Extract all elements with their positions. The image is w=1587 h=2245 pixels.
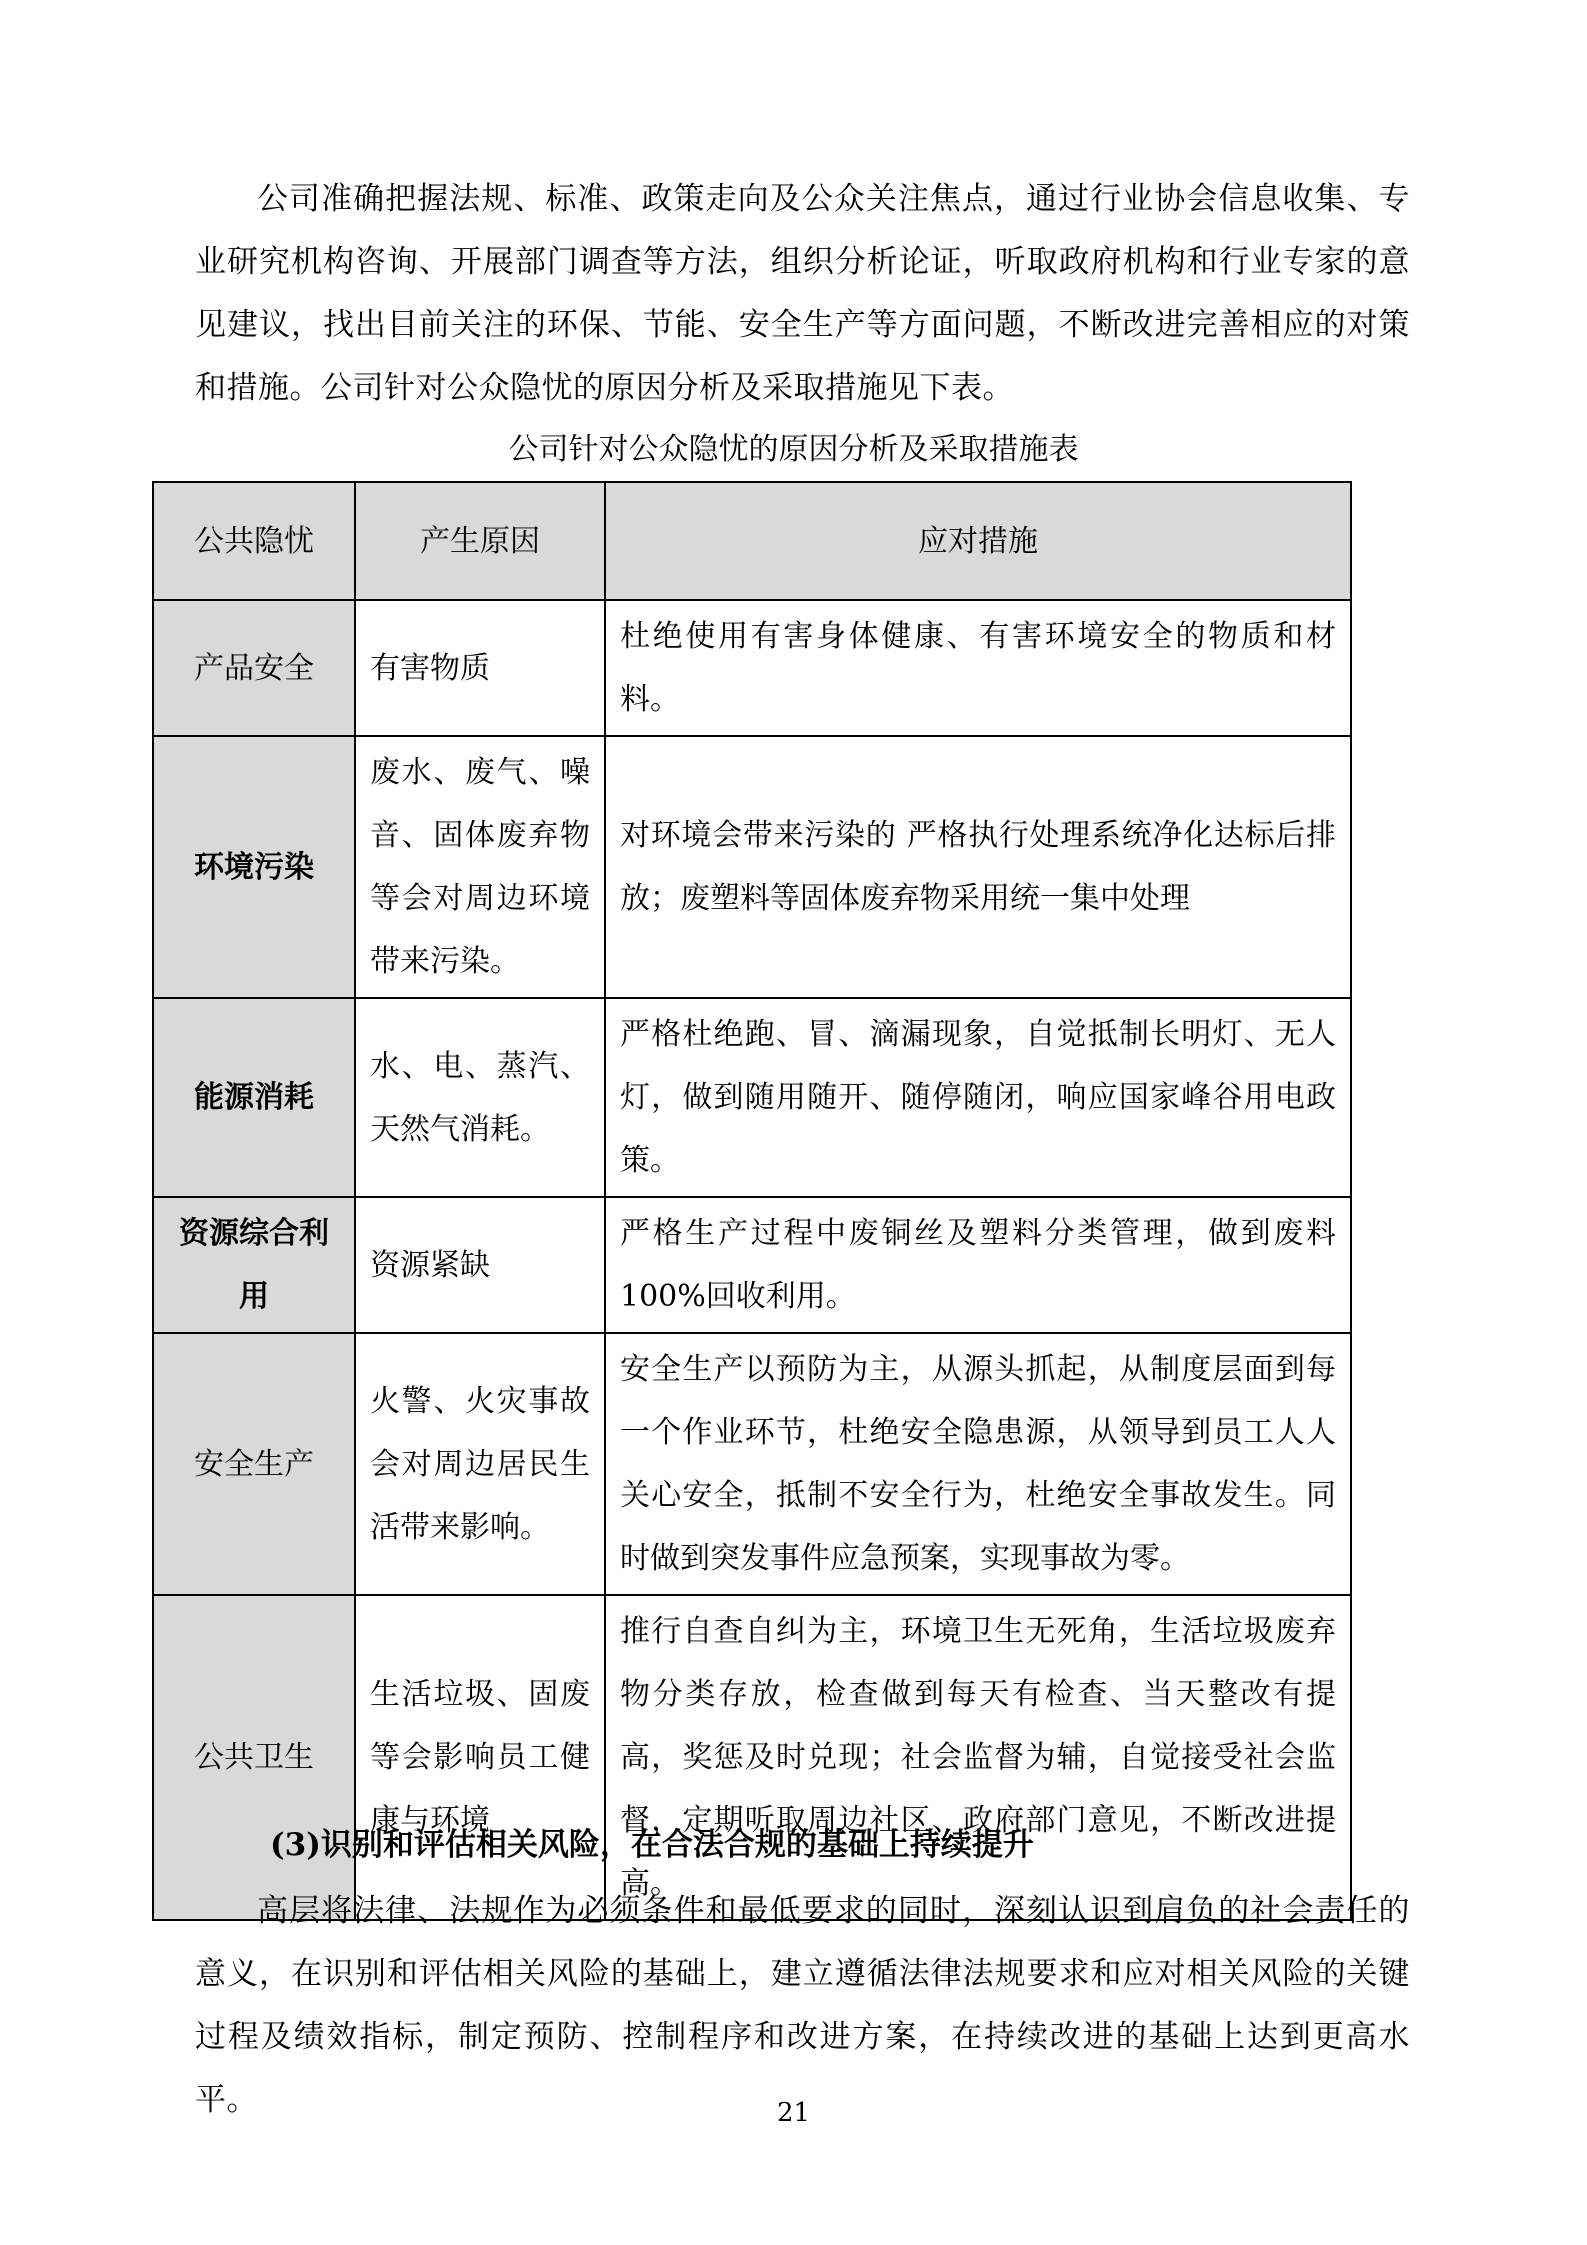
- row-measure: 推行自查自纠为主，环境卫生无死角，生活垃圾废弃物分类存放，检查做到每天有检查、当…: [605, 1595, 1351, 1920]
- table-row: 环境污染 废水、废气、噪音、固体废弃物等会对周边环境带来污染。 对环境会带来污染…: [153, 736, 1351, 998]
- table-header-row: 公共隐忧 产生原因 应对措施: [153, 482, 1351, 600]
- row-measure: 严格生产过程中废铜丝及塑料分类管理，做到废料100%回收利用。: [605, 1197, 1351, 1333]
- table-caption: 公司针对公众隐忧的原因分析及采取措施表: [0, 425, 1587, 475]
- row-cause: 生活垃圾、固废等会影响员工健康与环境: [355, 1595, 605, 1920]
- row-cause: 有害物质: [355, 600, 605, 736]
- table-row: 公共卫生 生活垃圾、固废等会影响员工健康与环境 推行自查自纠为主，环境卫生无死角…: [153, 1595, 1351, 1920]
- section-heading: (3)识别和评估相关风险，在合法合规的基础上持续提升: [270, 1820, 1034, 1870]
- row-cause: 水、电、蒸汽、天然气消耗。: [355, 998, 605, 1197]
- row-cause: 资源紧缺: [355, 1197, 605, 1333]
- intro-paragraph: 公司准确把握法规、标准、政策走向及公众关注焦点，通过行业协会信息收集、专业研究机…: [195, 168, 1410, 420]
- row-category: 产品安全: [153, 600, 355, 736]
- row-category: 能源消耗: [153, 998, 355, 1197]
- public-concerns-table: 公共隐忧 产生原因 应对措施 产品安全 有害物质 杜绝使用有害身体健康、有害环境…: [152, 481, 1352, 1921]
- row-measure: 杜绝使用有害身体健康、有害环境安全的物质和材料。: [605, 600, 1351, 736]
- row-measure: 对环境会带来污染的 严格执行处理系统净化达标后排放；废塑料等固体废弃物采用统一集…: [605, 736, 1351, 998]
- row-cause: 火警、火灾事故会对周边居民生活带来影响。: [355, 1333, 605, 1595]
- row-measure: 安全生产以预防为主，从源头抓起，从制度层面到每一个作业环节，杜绝安全隐患源，从领…: [605, 1333, 1351, 1595]
- header-public-concern: 公共隐忧: [153, 482, 355, 600]
- row-measure: 严格杜绝跑、冒、滴漏现象，自觉抵制长明灯、无人灯，做到随用随开、随停随闭，响应国…: [605, 998, 1351, 1197]
- table-row: 产品安全 有害物质 杜绝使用有害身体健康、有害环境安全的物质和材料。: [153, 600, 1351, 736]
- row-category: 资源综合利用: [153, 1197, 355, 1333]
- page-number: 21: [0, 2098, 1587, 2128]
- header-cause: 产生原因: [355, 482, 605, 600]
- table-row: 资源综合利用 资源紧缺 严格生产过程中废铜丝及塑料分类管理，做到废料100%回收…: [153, 1197, 1351, 1333]
- table-row: 能源消耗 水、电、蒸汽、天然气消耗。 严格杜绝跑、冒、滴漏现象，自觉抵制长明灯、…: [153, 998, 1351, 1197]
- row-category: 公共卫生: [153, 1595, 355, 1920]
- closing-paragraph: 高层将法律、法规作为必须条件和最低要求的同时，深刻认识到肩负的社会责任的意义，在…: [195, 1880, 1410, 2132]
- header-measures: 应对措施: [605, 482, 1351, 600]
- row-cause: 废水、废气、噪音、固体废弃物等会对周边环境带来污染。: [355, 736, 605, 998]
- table-row: 安全生产 火警、火灾事故会对周边居民生活带来影响。 安全生产以预防为主，从源头抓…: [153, 1333, 1351, 1595]
- row-category: 环境污染: [153, 736, 355, 998]
- row-category: 安全生产: [153, 1333, 355, 1595]
